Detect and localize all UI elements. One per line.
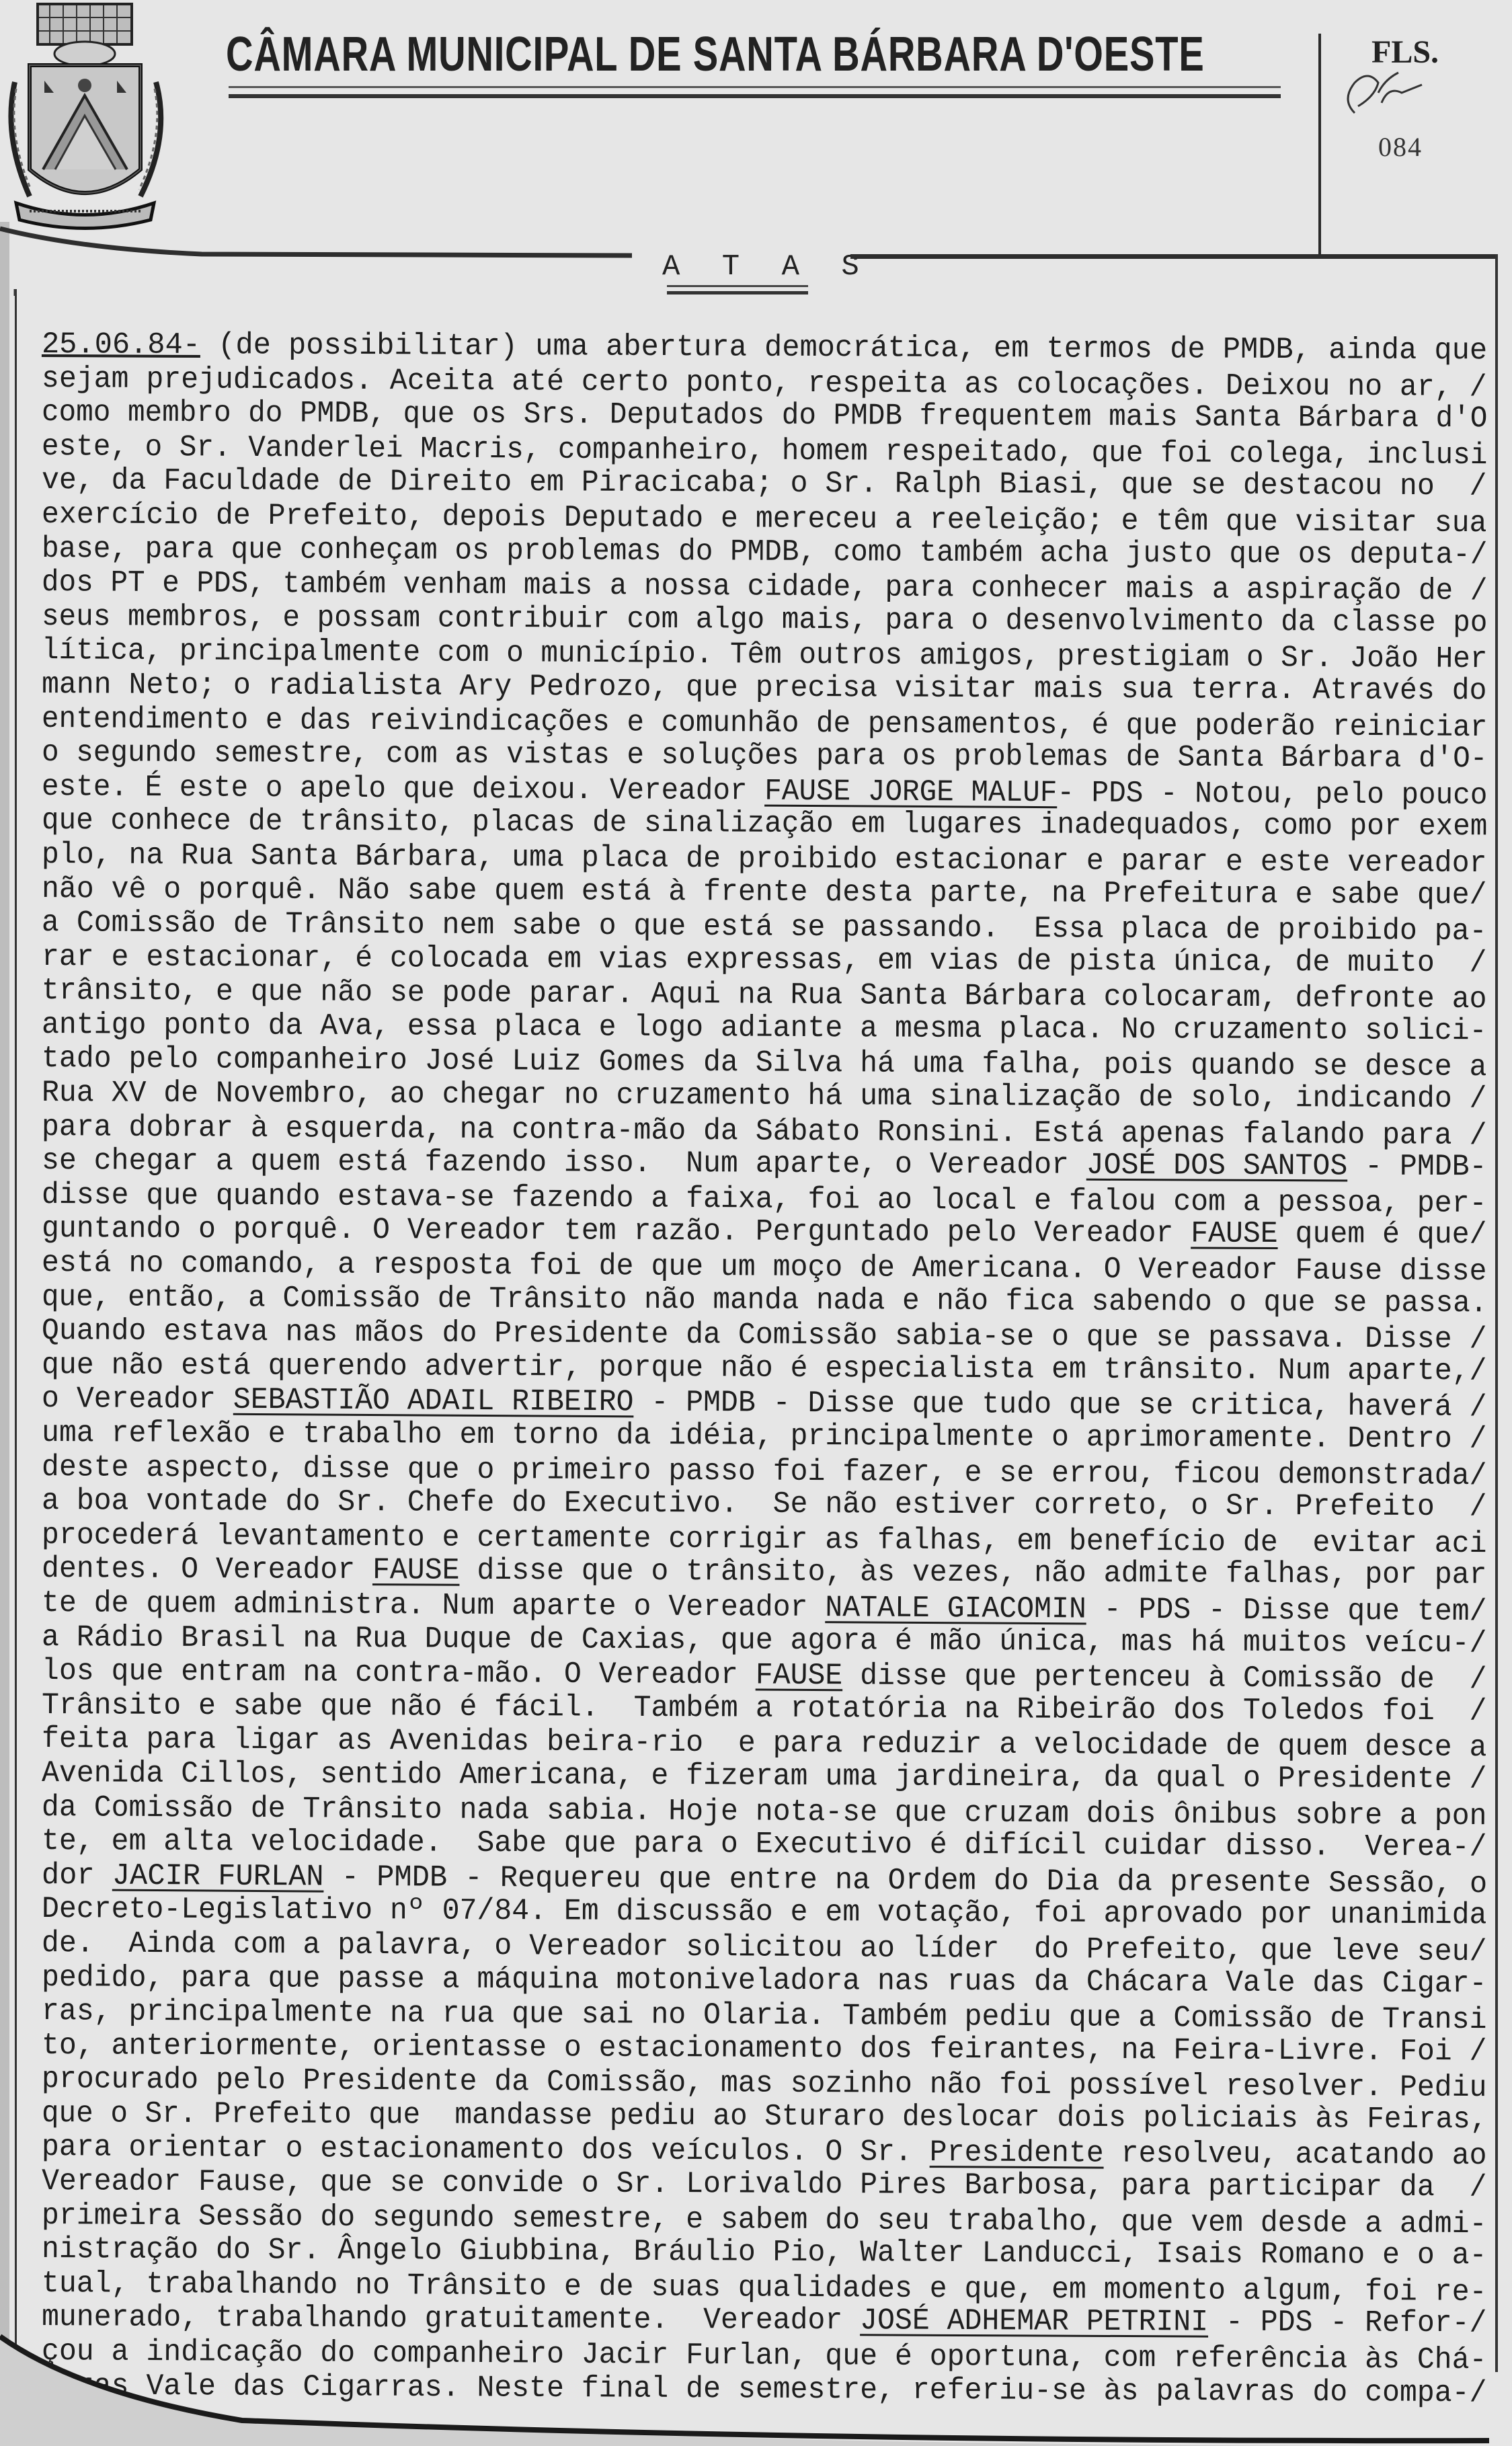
text-line: Avenida Cillos, sentido Americana, e fiz… xyxy=(42,1757,1428,1797)
text-line: como membro do PMDB, que os Srs. Deputad… xyxy=(42,396,1412,436)
line-text: ve, da Faculdade de Direito em Piracicab… xyxy=(42,463,1487,504)
line-text: te de quem administra. Num aparte o Vere… xyxy=(42,1586,826,1625)
line-text: uma reflexão e trabalho em torno da idéi… xyxy=(42,1416,1487,1456)
line-text: para orientar o estacionamento dos veícu… xyxy=(42,2130,930,2170)
line-text: se chegar a quem está fazendo isso. Num … xyxy=(42,1144,1086,1183)
line-text: (de possibilitar) uma abertura democráti… xyxy=(200,328,1487,368)
line-text: a Rádio Brasil na Rua Duque de Caxias, q… xyxy=(42,1620,1487,1661)
line-text: mann Neto; o radialista Ary Pedrozo, que… xyxy=(42,668,1487,708)
line-text: Decreto-Legislativo nº 07/84. Em discuss… xyxy=(42,1892,1487,1932)
line-text: o Vereador xyxy=(42,1382,233,1417)
folio-label: FLS. xyxy=(1371,34,1439,71)
line-text: como membro do PMDB, que os Srs. Deputad… xyxy=(42,395,1488,436)
speaker-name: SEBASTIÃO ADAIL RIBEIRO xyxy=(233,1383,634,1420)
line-text: base, para que conheçam os problemas do … xyxy=(42,532,1488,572)
line-text: Rua XV de Novembro, ao chegar no cruzame… xyxy=(42,1076,1487,1116)
line-text: disse que o trânsito, às vezes, não admi… xyxy=(459,1554,1486,1593)
document-page: CÂMARA MUNICIPAL DE SANTA BÁRBARA D'OEST… xyxy=(0,0,1512,2446)
speaker-name: FAUSE xyxy=(1191,1217,1278,1252)
line-text: - PMDB- xyxy=(1347,1150,1486,1185)
text-line: Vereador Fause, que se convide o Sr. Lor… xyxy=(42,2165,1428,2205)
speaker-name: JACIR FURLAN xyxy=(112,1858,324,1894)
session-date: 25.06.84- xyxy=(42,327,200,362)
minutes-body: 25.06.84- (de possibilitar) uma abertura… xyxy=(42,328,1487,2403)
speaker-name: FAUSE xyxy=(372,1554,460,1589)
header-rule xyxy=(229,86,1281,88)
speaker-name: FAUSE xyxy=(756,1659,843,1694)
speaker-name: FAUSE JORGE MALUF xyxy=(764,774,1058,810)
line-text: disse que pertenceu à Comissão de / xyxy=(842,1659,1486,1697)
text-line: Rua XV de Novembro, ao chegar no cruzame… xyxy=(42,1076,1428,1117)
line-text: a boa vontade do Sr. Chefe do Executivo.… xyxy=(42,1484,1487,1524)
line-text: não vê o porquê. Não sabe quem está à fr… xyxy=(42,872,1487,912)
text-line: 25.06.84- (de possibilitar) uma abertura… xyxy=(42,328,1445,368)
speaker-name: NATALE GIACOMIN xyxy=(825,1591,1086,1626)
frame-left-edge xyxy=(15,289,17,2387)
section-title-underline-thick xyxy=(667,291,808,294)
text-line: o segundo semestre, com as vistas e solu… xyxy=(42,736,1412,776)
line-text: Vereador Fause, que se convide o Sr. Lor… xyxy=(42,2164,1487,2205)
line-text: los que entram na contra-mão. O Vereador xyxy=(42,1654,756,1692)
section-title: A T A S xyxy=(662,250,871,284)
line-text: que conhece de trânsito, placas de sinal… xyxy=(42,803,1488,844)
text-line: te, em alta velocidade. Sabe que para o … xyxy=(42,1825,1428,1865)
line-text: nistração do Sr. Ângelo Giubbina, Bráuli… xyxy=(42,2232,1487,2273)
frame-right-edge xyxy=(1495,254,1498,2372)
fls-divider xyxy=(1318,34,1321,255)
municipal-crest-icon xyxy=(3,1,177,233)
line-text: - PDS - Notou, pelo pouco xyxy=(1057,776,1487,813)
line-text: este. É este o apelo que deixou. Vereado… xyxy=(42,770,765,809)
line-text: pedido, para que passe a máquina motoniv… xyxy=(42,1961,1487,2001)
line-text: - PDS - Disse que tem/ xyxy=(1086,1592,1487,1629)
line-text: que, então, a Comissão de Trânsito não m… xyxy=(42,1280,1488,1320)
signature-icon xyxy=(1341,66,1429,120)
line-text: quem é que/ xyxy=(1278,1217,1487,1252)
institution-title: CÂMARA MUNICIPAL DE SANTA BÁRBARA D'OEST… xyxy=(226,27,1205,82)
line-text: Avenida Cillos, sentido Americana, e fiz… xyxy=(42,1756,1487,1797)
text-line: uma reflexão e trabalho em torno da idéi… xyxy=(42,1417,1428,1457)
speaker-name: Presidente xyxy=(930,2136,1104,2172)
folio-number: 084 xyxy=(1378,131,1423,163)
page-curl-shadow xyxy=(0,2273,1512,2446)
line-text: te, em alta velocidade. Sabe que para o … xyxy=(42,1824,1487,1864)
line-text: dentes. O Vereador xyxy=(42,1552,372,1587)
text-line: a boa vontade do Sr. Chefe do Executivo.… xyxy=(42,1485,1428,1525)
frame-line-right xyxy=(850,254,1497,259)
section-title-underline xyxy=(667,285,808,287)
line-text: guntando o porquê. O Vereador tem razão.… xyxy=(42,1212,1191,1251)
header-rule-thick xyxy=(229,94,1281,98)
frame-curve-left xyxy=(0,202,645,296)
speaker-name: JOSÉ DOS SANTOS xyxy=(1086,1148,1348,1184)
line-text: resolveu, acatando ao xyxy=(1104,2137,1487,2173)
text-line: mann Neto; o radialista Ary Pedrozo, que… xyxy=(42,668,1428,709)
scan-edge-shadow xyxy=(0,222,9,2441)
line-text: o segundo semestre, com as vistas e solu… xyxy=(42,736,1488,776)
line-text: dor xyxy=(42,1858,112,1893)
